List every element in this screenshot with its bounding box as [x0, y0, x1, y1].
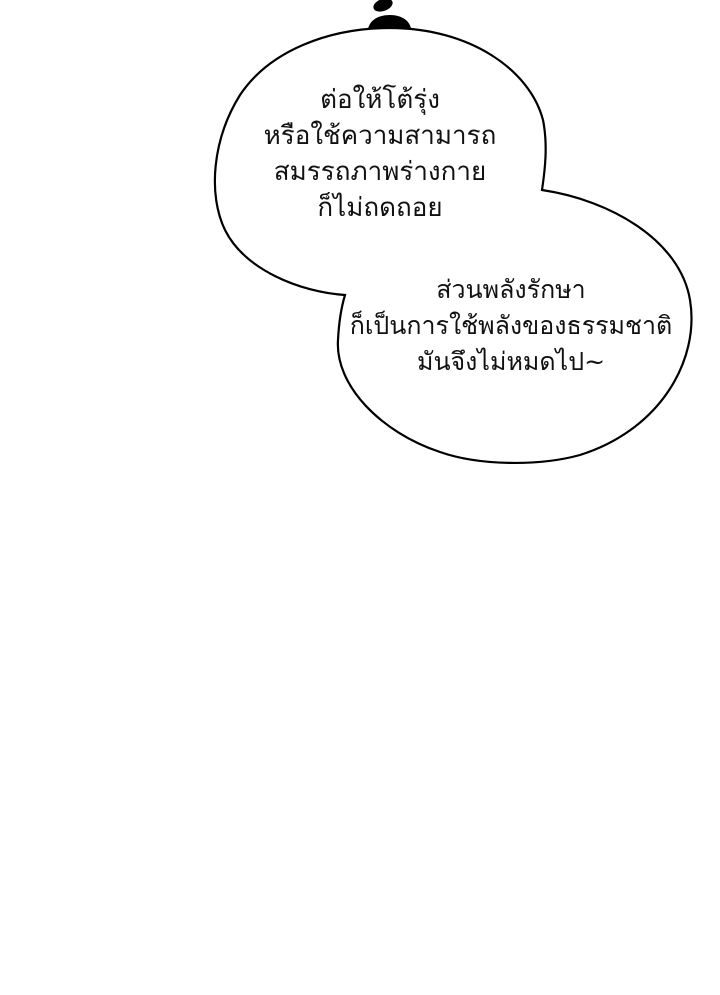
speech-bubble-1-text: ต่อให้โต้รุ่ง หรือใช้ความสามารถ สมรรถภาพ… [230, 82, 530, 226]
bubble-1-line-3: สมรรถภาพร่างกาย [230, 154, 530, 190]
bubble-1-line-2: หรือใช้ความสามารถ [230, 118, 530, 154]
bubble-1-line-1: ต่อให้โต้รุ่ง [230, 82, 530, 118]
top-figure-shape [368, 0, 411, 29]
speech-bubble-2-text: ส่วนพลังรักษา ก็เป็นการใช้พลังของธรรมชาต… [336, 272, 686, 380]
blank-panel-area [0, 470, 720, 995]
bubble-2-line-3: มันจึงไม่หมดไป~ [336, 344, 686, 380]
bubble-1-line-4: ก็ไม่ถดถอย [230, 190, 530, 226]
bubble-2-line-2: ก็เป็นการใช้พลังของธรรมชาติ [336, 308, 686, 344]
comic-panel: ต่อให้โต้รุ่ง หรือใช้ความสามารถ สมรรถภาพ… [0, 0, 720, 995]
bubble-2-line-1: ส่วนพลังรักษา [336, 272, 686, 308]
